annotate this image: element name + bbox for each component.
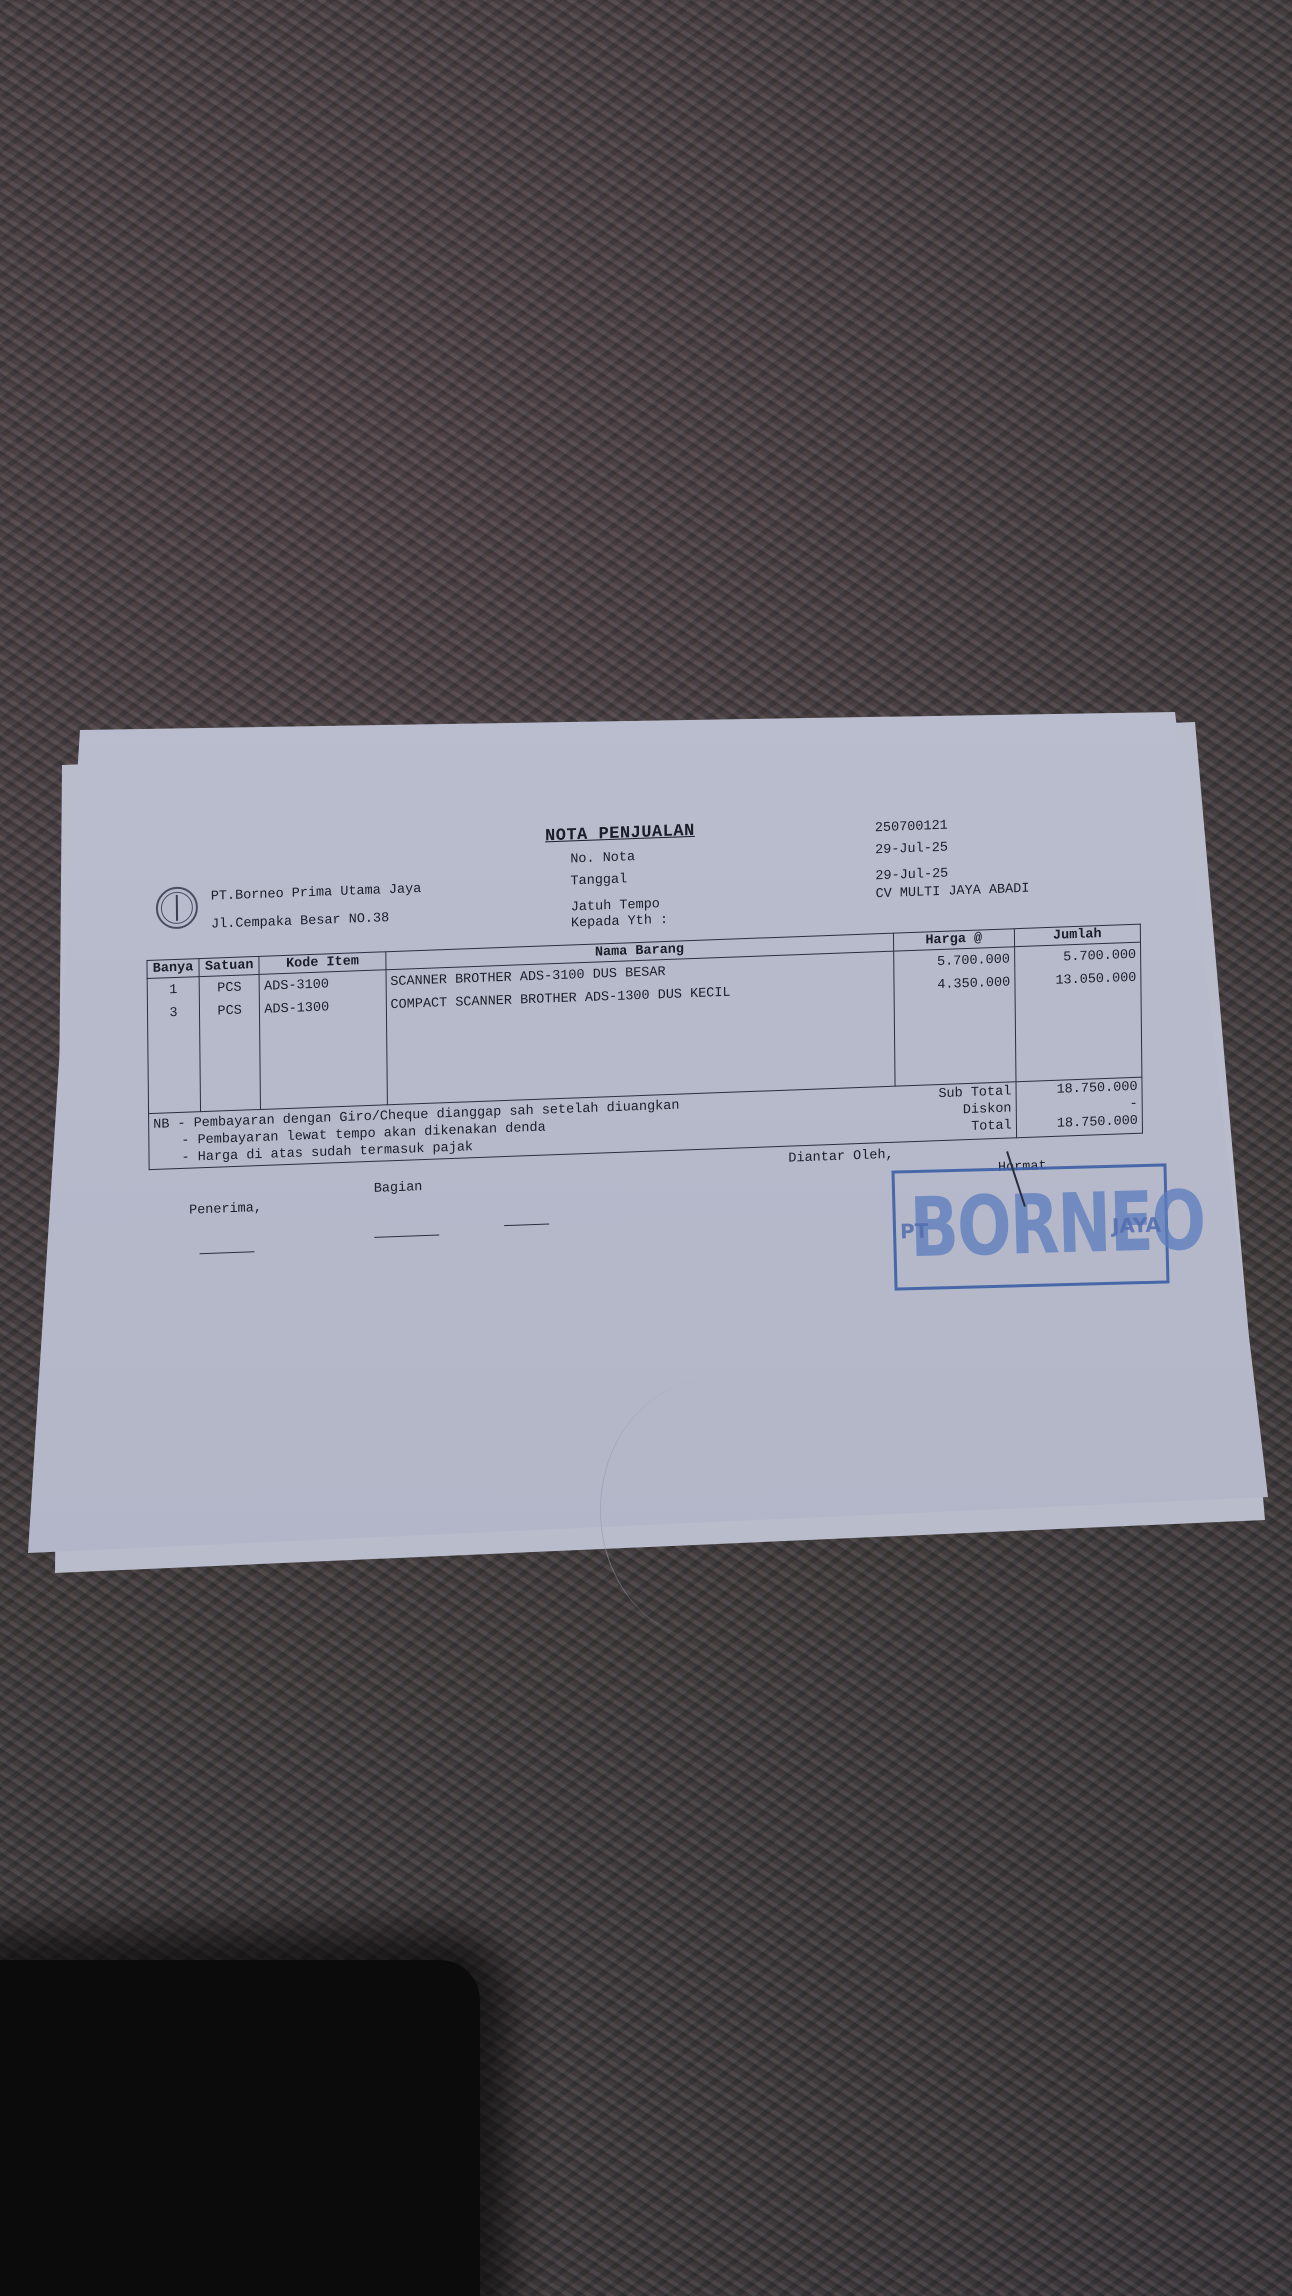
- total-value: 18.750.000: [1021, 1113, 1138, 1134]
- unit-column: PCS PCS: [199, 974, 261, 1111]
- header-unit: Satuan: [199, 956, 260, 976]
- diantar-signature-line: [504, 1223, 549, 1226]
- summary-values: 18.750.000 - 18.750.000: [1016, 1077, 1143, 1138]
- no-nota-value: 250700121: [875, 819, 948, 837]
- notes-prefix: NB -: [153, 1117, 186, 1133]
- stamp-right-text: JAYA: [1112, 1213, 1162, 1238]
- company-stamp: BORNEO PT JAYA: [891, 1163, 1169, 1290]
- total-column: 5.700.000 13.050.000: [1014, 942, 1142, 1082]
- company-address: Jl.Cempaka Besar NO.38: [211, 911, 389, 933]
- stamp-left-text: PT: [900, 1219, 929, 1244]
- table-row-price: 4.350.000: [898, 971, 1010, 998]
- table-row-qty: 1: [152, 978, 195, 1003]
- total-label: Total: [899, 1117, 1012, 1138]
- price-column: 5.700.000 4.350.000: [893, 947, 1015, 1086]
- qty-column: 1 3: [147, 977, 200, 1114]
- no-nota-label: No. Nota: [570, 850, 635, 867]
- stamp-main-text: BORNEO: [909, 1173, 1206, 1277]
- kepada-value: CV MULTI JAYA ABADI: [875, 882, 1029, 903]
- table-row-qty: 3: [152, 1001, 195, 1026]
- code-column: ADS-3100 ADS-1300: [260, 970, 388, 1110]
- name-column: SCANNER BROTHER ADS-3100 DUS BESAR COMPA…: [386, 951, 895, 1105]
- table-row-unit: PCS: [204, 976, 256, 1001]
- tanggal-value: 29-Jul-25: [875, 841, 948, 859]
- kepada-label: Kepada Yth :: [571, 913, 668, 932]
- jatuh-tempo-value: 29-Jul-25: [875, 867, 948, 885]
- diantar-label: Diantar Oleh,: [788, 1148, 893, 1167]
- header-qty: Banya: [147, 959, 199, 979]
- paper-crease: [600, 1380, 821, 1640]
- company-name: PT.Borneo Prima Utama Jaya: [211, 882, 422, 905]
- table-row-unit: PCS: [204, 999, 256, 1024]
- table-row-code: ADS-1300: [264, 994, 381, 1021]
- tanggal-label: Tanggal: [570, 872, 627, 889]
- table-row-total: 13.050.000: [1019, 967, 1136, 994]
- penerima-signature-line: [200, 1251, 255, 1254]
- document-title: NOTA PENJUALAN: [545, 822, 695, 846]
- bagian-label: Bagian: [374, 1180, 423, 1197]
- hand-shadow: [0, 1960, 480, 2296]
- bagian-signature-line: [374, 1234, 439, 1237]
- penerima-label: Penerima,: [189, 1201, 262, 1219]
- summary-labels: Sub Total Diskon Total: [895, 1082, 1016, 1142]
- company-seal-icon: [156, 886, 198, 930]
- items-table: Banya Satuan Kode Item Nama Barang Harga…: [146, 924, 1143, 1171]
